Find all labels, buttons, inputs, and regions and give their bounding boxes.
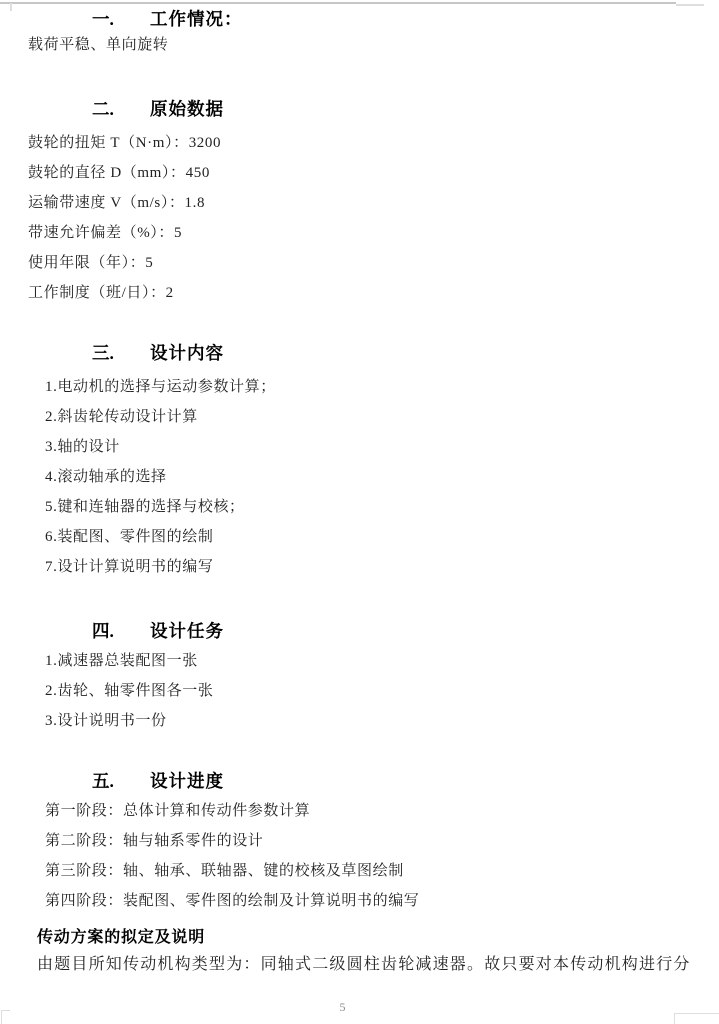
section-heading-3: 三.设计内容 bbox=[0, 342, 719, 364]
section-title: 原始数据 bbox=[150, 99, 224, 119]
data-line: 鼓轮的直径 D（mm）：450 bbox=[0, 158, 719, 188]
section-number: 四. bbox=[92, 620, 150, 642]
page-top-boundary-line bbox=[0, 2, 676, 4]
stage-line: 第一阶段：总体计算和传动件参数计算 bbox=[0, 796, 719, 826]
page-top-boundary-step bbox=[676, 4, 704, 6]
section-number: 三. bbox=[92, 342, 150, 364]
section-number: 五. bbox=[92, 770, 150, 792]
closing-heading: 传动方案的拟定及说明 bbox=[0, 925, 719, 951]
document-page: 一.工作情况： 载荷平稳、单向旋转 二.原始数据 鼓轮的扭矩 T（N·m）：32… bbox=[0, 0, 719, 1024]
list-item: 5.键和连轴器的选择与校核； bbox=[0, 492, 719, 522]
section-heading-4: 四.设计任务 bbox=[0, 620, 719, 642]
data-line: 运输带速度 V（m/s）：1.8 bbox=[0, 188, 719, 218]
list-item: 7.设计计算说明书的编写 bbox=[0, 552, 719, 582]
section-3-body: 1.电动机的选择与运动参数计算； 2.斜齿轮传动设计计算 3.轴的设计 4.滚动… bbox=[0, 372, 719, 582]
stage-line: 第四阶段：装配图、零件图的绘制及计算说明书的编写 bbox=[0, 886, 719, 916]
section-5-body: 第一阶段：总体计算和传动件参数计算 第二阶段：轴与轴系零件的设计 第三阶段：轴、… bbox=[0, 796, 719, 916]
page-number: 5 bbox=[0, 1000, 702, 1015]
section-title: 工作情况： bbox=[150, 9, 243, 29]
stage-line: 第三阶段：轴、轴承、联轴器、键的校核及草图绘制 bbox=[0, 856, 719, 886]
list-item: 4.滚动轴承的选择 bbox=[0, 462, 719, 492]
closing-paragraph: 由题目所知传动机构类型为：同轴式二级圆柱齿轮减速器。故只要对本传动机构进行分 bbox=[0, 951, 719, 979]
section-4-body: 1.减速器总装配图一张 2.齿轮、轴零件图各一张 3.设计说明书一份 bbox=[0, 646, 719, 736]
section-heading-2: 二.原始数据 bbox=[0, 98, 719, 120]
list-item: 6.装配图、零件图的绘制 bbox=[0, 522, 719, 552]
section-number: 二. bbox=[92, 98, 150, 120]
section-heading-1: 一.工作情况： bbox=[0, 8, 719, 30]
section-title: 设计进度 bbox=[150, 771, 224, 791]
stage-line: 第二阶段：轴与轴系零件的设计 bbox=[0, 826, 719, 856]
section-2-body: 鼓轮的扭矩 T（N·m）：3200 鼓轮的直径 D（mm）：450 运输带速度 … bbox=[0, 128, 719, 308]
page-top-margin-tick bbox=[10, 3, 12, 11]
section-number: 一. bbox=[92, 8, 150, 30]
section-heading-5: 五.设计进度 bbox=[0, 770, 719, 792]
list-item: 2.斜齿轮传动设计计算 bbox=[0, 402, 719, 432]
text-line: 载荷平稳、单向旋转 bbox=[0, 30, 719, 60]
list-item: 3.设计说明书一份 bbox=[0, 706, 719, 736]
section-1-body: 载荷平稳、单向旋转 bbox=[0, 30, 719, 60]
data-line: 带速允许偏差（%）：5 bbox=[0, 218, 719, 248]
section-title: 设计内容 bbox=[150, 343, 224, 363]
data-line: 使用年限（年）：5 bbox=[0, 248, 719, 278]
section-title: 设计任务 bbox=[150, 621, 224, 641]
data-line: 鼓轮的扭矩 T（N·m）：3200 bbox=[0, 128, 719, 158]
list-item: 3.轴的设计 bbox=[0, 432, 719, 462]
list-item: 2.齿轮、轴零件图各一张 bbox=[0, 676, 719, 706]
list-item: 1.电动机的选择与运动参数计算； bbox=[0, 372, 719, 402]
list-item: 1.减速器总装配图一张 bbox=[0, 646, 719, 676]
data-line: 工作制度（班/日）：2 bbox=[0, 278, 719, 308]
